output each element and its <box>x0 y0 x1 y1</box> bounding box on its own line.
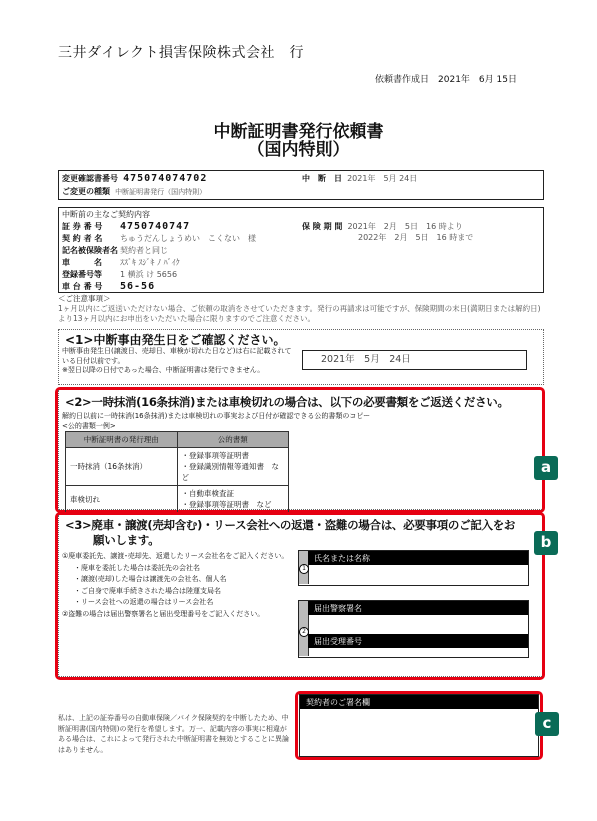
change-type-label: ご変更の種類 <box>62 187 110 196</box>
section1-date-field[interactable]: 2021年 5月 24日 <box>302 350 527 370</box>
docs-cell: ・自動車検査証・登録事項等証明書 など <box>177 486 289 513</box>
theft-fields[interactable]: 2 届出警察署名 届出受理番号 <box>298 600 529 658</box>
section2-example-label: <公的書類一例> <box>62 421 116 431</box>
bullet-item: ・ご自身で廃車手続きされた場合は陸運支局名 <box>74 586 302 598</box>
created-label: 依頼書作成日 <box>375 75 429 85</box>
doc-item: ・自動車検査証 <box>182 488 285 499</box>
change-box: 変更確認書番号 475074074702 ご変更の種類 中断証明書発行（国内特則… <box>58 170 544 200</box>
title-line2: （国内特則） <box>0 141 597 159</box>
contract-row-label: 車 台 番 号 <box>62 281 120 292</box>
section3-heading-line1: <3>廃車・譲渡(売却含む)・リース会社への返還・盗難の場合は、必要事項のご記入… <box>65 518 515 533</box>
contract-row: 記名被保険者名契約者と同じ <box>62 245 168 256</box>
badge-a: a <box>534 456 558 480</box>
document-title: 中断証明書発行依頼書 （国内特則） <box>0 123 597 159</box>
table-header-docs: 公的書類 <box>177 432 289 448</box>
section3: <3>廃車・譲渡(売却含む)・リース会社への返還・盗難の場合は、必要事項のご記入… <box>58 515 542 677</box>
badge-c: c <box>535 712 559 736</box>
period-to: 2022年 2月 5日 16 時まで <box>358 232 473 243</box>
section1-text1: 中断事由発生日(譲渡日、売却日、車検が切れた日など)は右に記載されている日付以前… <box>62 347 297 366</box>
notice-text: 1ヶ月以内にご返送いただけない場合、ご依頼の取消をさせていただきます。発行の再請… <box>58 304 544 324</box>
contract-row-label: 記名被保険者名 <box>62 245 120 256</box>
interrupt-date: 2021年 5月 24日 <box>347 174 417 183</box>
signature-field[interactable]: 契約者のご署名欄 <box>299 694 539 757</box>
addressee: 三井ダイレクト損害保険株式会社 行 <box>58 42 304 62</box>
section2: <2>一時抹消(16条抹消)または車検切れの場合は、以下の必要書類をご返送くださ… <box>58 390 542 510</box>
contract-row-label: 契 約 者 名 <box>62 233 120 244</box>
section3-heading-line2: 願いします。 <box>65 533 515 548</box>
contract-row-label: 証 券 番 号 <box>62 221 120 232</box>
contract-box: 中断前の主なご契約内容 証 券 番 号4750740747契 約 者 名ちゅうだ… <box>58 207 544 293</box>
declaration-text: 私は、上記の証券番号の自動車保険／バイク保険契約を中断したため、中断証明書(国内… <box>58 713 293 755</box>
created-date-line: 依頼書作成日 2021年 6月 15日 <box>375 72 517 85</box>
reason-cell: 一時抹消（16条抹消） <box>66 448 178 486</box>
notice: ＜ご注意事項＞ 1ヶ月以内にご返送いただけない場合、ご依頼の取消をさせていただき… <box>58 294 544 324</box>
confirm-no: 475074074702 <box>123 173 207 184</box>
name-field-label: 氏名または名称 <box>308 551 528 565</box>
contract-row: 証 券 番 号4750740747 <box>62 221 190 232</box>
contract-heading: 中断前の主なご契約内容 <box>62 209 150 220</box>
doc-item: ・登録識別情報等通知書 など <box>182 461 285 483</box>
badge-b: b <box>534 531 558 555</box>
contract-row: 登録番号等1 横浜 け 5656 <box>62 269 177 280</box>
contract-row-value: 56-56 <box>120 281 155 292</box>
doc-item: ・登録事項等証明書 <box>182 450 285 461</box>
contract-row: 車 台 番 号56-56 <box>62 281 155 292</box>
section3-item2: ②盗難の場合は届出警察署名と届出受理番号をご記入ください。 <box>62 609 302 621</box>
section3-heading: <3>廃車・譲渡(売却含む)・リース会社への返還・盗難の場合は、必要事項のご記入… <box>65 518 515 548</box>
signature-field-label: 契約者のご署名欄 <box>300 695 538 709</box>
section3-bullets: ・廃車を委託した場合は委託先の会社名・譲渡(売却)した場合は譲渡先の会社名、個人… <box>62 563 302 609</box>
reason-cell: 車検切れ <box>66 486 178 513</box>
section1-heading: <1>中断事由発生日をご確認ください。 <box>65 331 285 348</box>
bullet-item: ・リース会社への返還の場合はリース会社名 <box>74 597 302 609</box>
contract-row: 車 名ｽｽﾞｷ ｽｼﾞｷ ﾉ ﾊﾞｲｸ <box>62 257 180 268</box>
docs-cell: ・登録事項等証明書・登録識別情報等通知書 など <box>177 448 289 486</box>
period-from: 2021年 2月 5日 16 時より <box>347 222 462 231</box>
table-header-reason: 中断証明書の発行理由 <box>66 432 178 448</box>
doc-item: ・登録事項等証明書 など <box>182 499 285 510</box>
contract-row-label: 車 名 <box>62 257 120 268</box>
section2-heading: <2>一時抹消(16条抹消)または車検切れの場合は、以下の必要書類をご返送くださ… <box>65 394 509 410</box>
contract-row-value: 1 横浜 け 5656 <box>120 270 177 279</box>
section3-item1: ①廃車委託先、譲渡･売却先、返還したリース会社名をご記入ください。 <box>62 551 302 563</box>
contract-row-value: 契約者と同じ <box>120 246 168 255</box>
title-line1: 中断証明書発行依頼書 <box>0 123 597 141</box>
bullet-item: ・譲渡(売却)した場合は譲渡先の会社名、個人名 <box>74 574 302 586</box>
notice-heading: ＜ご注意事項＞ <box>58 294 544 304</box>
confirm-no-label: 変更確認書番号 <box>62 174 118 183</box>
table-row: 車検切れ・自動車検査証・登録事項等証明書 など <box>66 486 289 513</box>
created-date: 2021年 6月 15日 <box>438 75 517 85</box>
section1: <1>中断事由発生日をご確認ください。 中断事由発生日(譲渡日、売却日、車検が切… <box>58 329 544 385</box>
public-documents-table: 中断証明書の発行理由公的書類 一時抹消（16条抹消）・登録事項等証明書・登録識別… <box>65 431 289 513</box>
receipt-number-label: 届出受理番号 <box>308 634 528 648</box>
section2-text: 解約日以前に一時抹消(16条抹消)または車検切れの事実および日付が確認できる公的… <box>62 411 370 421</box>
table-row: 一時抹消（16条抹消）・登録事項等証明書・登録識別情報等通知書 など <box>66 448 289 486</box>
contract-row-label: 登録番号等 <box>62 269 120 280</box>
change-type: 中断証明書発行（国内特則） <box>115 188 206 196</box>
period-label: 保 険 期 間 <box>302 222 342 231</box>
bullet-item: ・廃車を委託した場合は委託先の会社名 <box>74 563 302 575</box>
contract-row-value: 4750740747 <box>120 221 190 232</box>
contract-row: 契 約 者 名ちゅうだんしょうめい こくない 様 <box>62 233 256 244</box>
contract-row-value: ちゅうだんしょうめい こくない 様 <box>120 234 256 243</box>
section1-text2: ※翌日以降の日付であった場合、中断証明書は発行できません。 <box>62 366 297 376</box>
police-station-label: 届出警察署名 <box>308 601 528 615</box>
contract-row-value: ｽｽﾞｷ ｽｼﾞｷ ﾉ ﾊﾞｲｸ <box>120 258 180 267</box>
circle-1-icon: 1 <box>299 564 309 574</box>
name-field[interactable]: 1 氏名または名称 <box>298 550 529 586</box>
interrupt-date-label: 中 断 日 <box>302 174 342 183</box>
